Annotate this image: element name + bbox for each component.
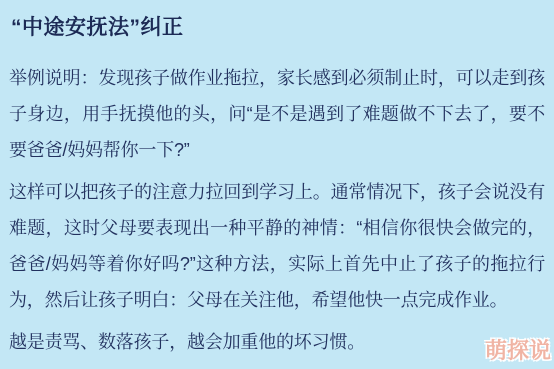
paragraph-explanation: 这样可以把孩子的注意力拉回到学习上。通常情况下，孩子会说没有难题，这时父母要表现… [9,174,545,318]
paragraph-conclusion: 越是责骂、数落孩子，越会加重他的坏习惯。 [9,324,545,360]
article-title: “中途安抚法”纠正 [11,14,545,42]
paragraph-example: 举例说明：发现孩子做作业拖拉，家长感到必须制止时，可以走到孩子身边，用手抚摸他的… [9,60,545,168]
article-page: “中途安抚法”纠正 举例说明：发现孩子做作业拖拉，家长感到必须制止时，可以走到孩… [0,0,554,369]
watermark-logo: 萌探说 [485,334,551,365]
